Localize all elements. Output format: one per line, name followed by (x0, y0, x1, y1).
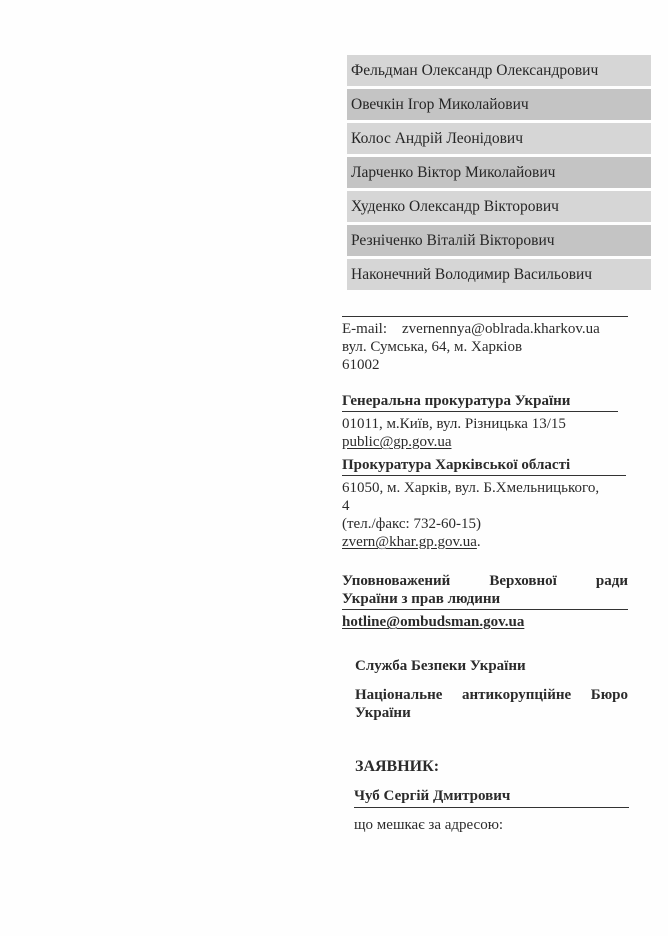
oblast-council-email[interactable]: zvernennya@oblrada.kharkov.ua (402, 321, 600, 337)
kharkiv-prosecutor-address-cont: 4 (342, 497, 628, 515)
divider (342, 316, 628, 317)
oblast-council-block: E-mail: zvernennya@oblrada.kharkov.ua ву… (342, 320, 628, 374)
nabu-title: Національне антикорупційне Бюро (355, 686, 628, 704)
applicant-label: ЗАЯВНИК: (355, 758, 628, 776)
kharkiv-prosecutor-email[interactable]: zvern@khar.gp.gov.ua (342, 534, 477, 550)
ombudsman-email[interactable]: hotline@ombudsman.gov.ua (342, 614, 524, 630)
ombudsman-title-cont: України з прав людини (342, 590, 628, 610)
nabu-title-cont: України (355, 704, 628, 722)
punctuation: . (477, 534, 481, 550)
recipient-name: Ларченко Віктор Миколайович (347, 157, 651, 188)
recipient-name: Фельдман Олександр Олександрович (347, 55, 651, 86)
kharkiv-prosecutor-address: 61050, м. Харків, вул. Б.Хмельницького, (342, 479, 628, 497)
recipient-name: Овечкін Ігор Миколайович (347, 89, 651, 120)
oblast-council-address: вул. Сумська, 64, м. Харкіов (342, 338, 628, 356)
kharkiv-prosecutor-title: Прокуратура Харківської області (342, 456, 626, 476)
kharkiv-prosecutor-phone: (тел./факс: 732-60-15) (342, 515, 628, 533)
prosecutor-general-email[interactable]: public@gp.gov.ua (342, 434, 452, 450)
recipient-name: Худенко Олександр Вікторович (347, 191, 651, 222)
oblast-council-postcode: 61002 (342, 356, 628, 374)
email-label: E-mail: (342, 321, 387, 337)
ombudsman-title: Уповноважений Верховної ради (342, 572, 628, 590)
prosecutor-general-address: 01011, м.Київ, вул. Різницька 13/15 (342, 415, 628, 433)
recipient-name: Колос Андрій Леонідович (347, 123, 651, 154)
recipients-name-list: Фельдман Олександр Олександрович Овечкін… (347, 55, 651, 293)
recipient-name: Наконечний Володимир Васильович (347, 259, 651, 290)
recipient-name: Резніченко Віталій Вікторович (347, 225, 651, 256)
applicant-block: Чуб Сергій Дмитрович що мешкає за адресо… (354, 787, 629, 834)
sbu-title: Служба Безпеки України (355, 657, 628, 675)
sbu-block: Служба Безпеки України (355, 657, 628, 675)
ombudsman-block: Уповноважений Верховної ради України з п… (342, 572, 628, 631)
nabu-block: Національне антикорупційне Бюро України (355, 686, 628, 722)
applicant-name: Чуб Сергій Дмитрович (354, 787, 629, 808)
applicant-residence-label: що мешкає за адресою: (354, 816, 629, 834)
prosecutor-general-title: Генеральна прокуратура України (342, 392, 618, 412)
prosecutor-general-block: Генеральна прокуратура України 01011, м.… (342, 392, 628, 451)
kharkiv-prosecutor-block: Прокуратура Харківської області 61050, м… (342, 456, 628, 551)
